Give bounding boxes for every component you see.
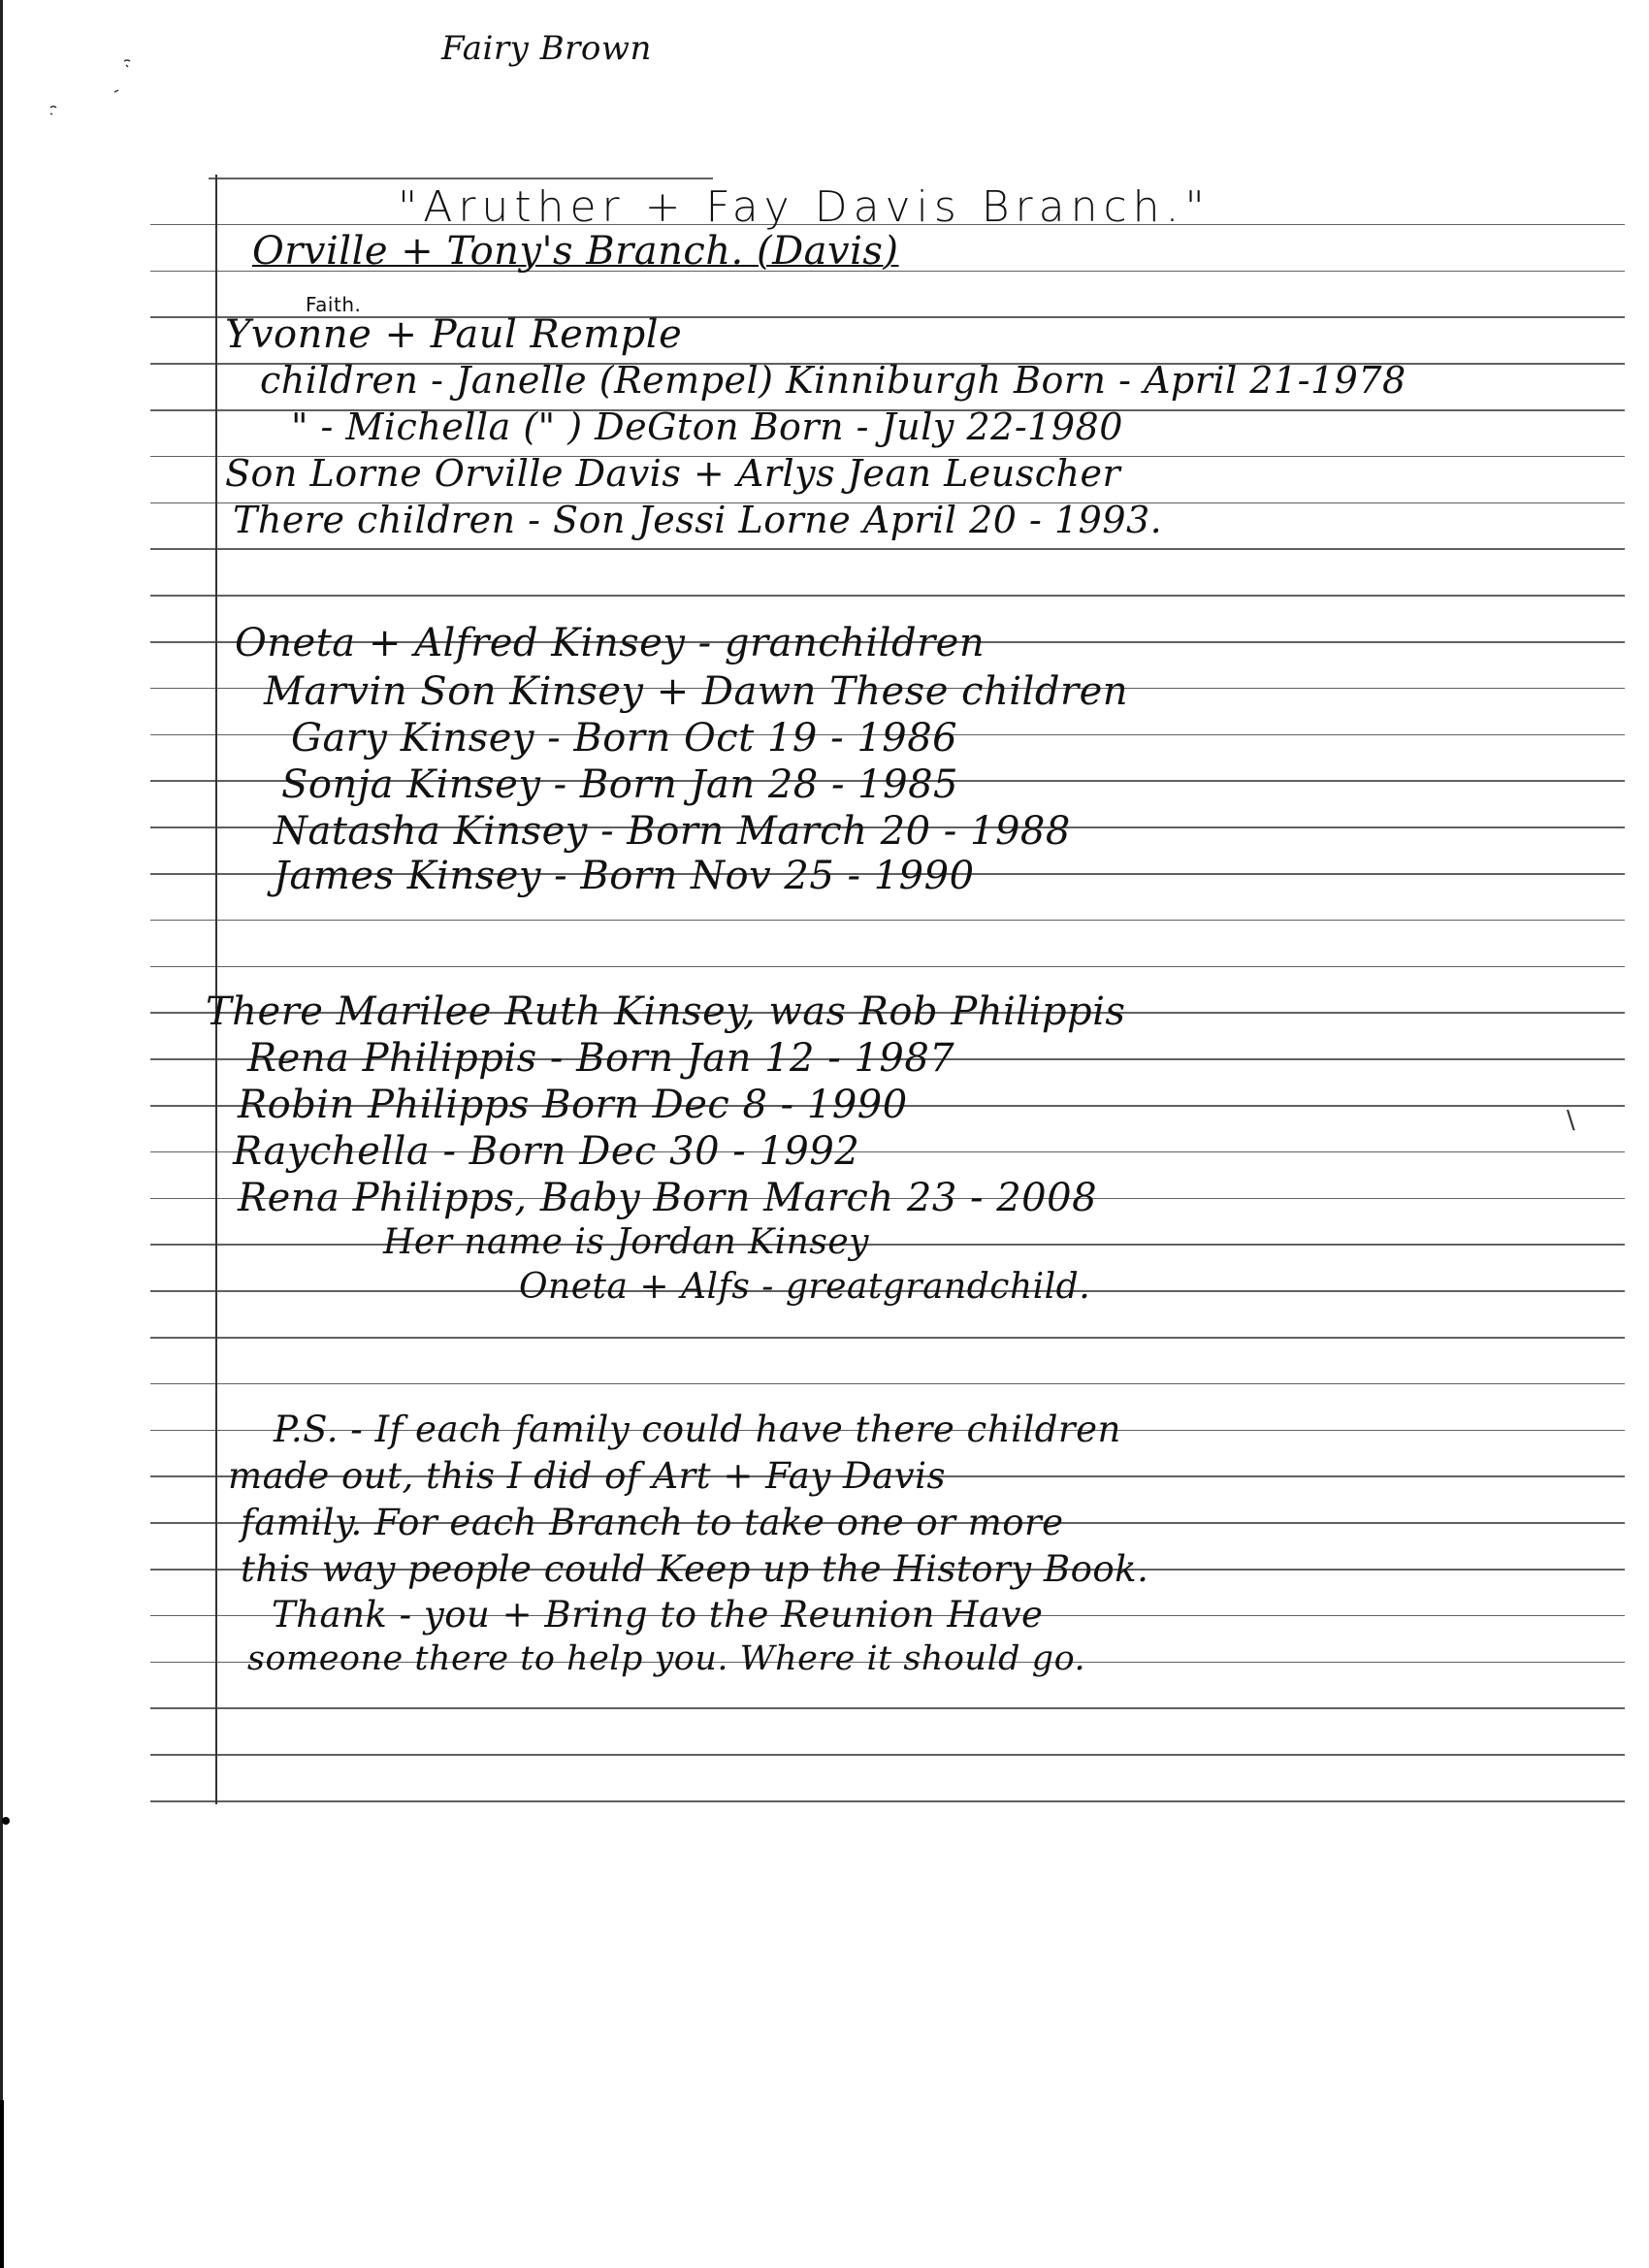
ruled-line	[150, 1707, 1625, 1709]
ruled-line	[209, 178, 713, 179]
ruled-line	[150, 1754, 1625, 1756]
section-heading: Orville + Tony's Branch. (Davis)	[252, 229, 899, 274]
postscript-line: made out, this I did of Art + Fay Davis	[228, 1455, 946, 1497]
ruled-line	[150, 1244, 1625, 1246]
scanned-handwritten-page: Fairy Brown "Aruther + Fay Davis Branch.…	[0, 0, 1649, 2268]
stray-mark: \	[1567, 1106, 1575, 1135]
binder-hole-mark	[2, 1817, 10, 1825]
postscript-line: someone there to help you. Where it shou…	[247, 1639, 1085, 1678]
text-line: There children - Son Jessi Lorne April 2…	[233, 499, 1162, 541]
text-line: Marvin Son Kinsey + Dawn These children	[264, 669, 1128, 714]
ruled-line	[150, 1337, 1625, 1339]
ruled-line	[150, 1800, 1625, 1802]
text-line: Gary Kinsey - Born Oct 19 - 1986	[291, 716, 957, 761]
scan-left-edge-shadow	[0, 2100, 4, 2268]
text-line: " - Michella (" ) DeGton Born - July 22-…	[291, 405, 1123, 448]
text-line: children - Janelle (Rempel) Kinniburgh B…	[260, 359, 1406, 402]
text-line: Oneta + Alfs - greatgrandchild.	[519, 1267, 1090, 1307]
text-line: Son Lorne Orville Davis + Arlys Jean Leu…	[225, 452, 1120, 495]
text-line: Rena Philippis - Born Jan 12 - 1987	[247, 1036, 954, 1081]
section-heading: There Marilee Ruth Kinsey, was Rob Phili…	[206, 989, 1125, 1034]
section-heading: Oneta + Alfred Kinsey - granchildren	[235, 621, 985, 665]
ruled-line	[150, 920, 1625, 922]
text-line: Robin Philipps Born Dec 8 - 1990	[238, 1083, 908, 1127]
page-title: "Aruther + Fay Davis Branch."	[398, 182, 1211, 232]
postscript-line: P.S. - If each family could have there c…	[274, 1409, 1121, 1450]
ruled-line	[150, 966, 1625, 968]
ruled-line	[150, 595, 1625, 597]
scan-left-edge	[0, 0, 3, 2268]
text-line: Yvonne + Paul Remple	[225, 312, 682, 357]
postscript-line: family. For each Branch to take one or m…	[241, 1502, 1064, 1543]
ruled-line	[150, 1383, 1625, 1385]
text-line: Sonja Kinsey - Born Jan 28 - 1985	[281, 762, 958, 807]
signature: Fairy Brown	[441, 29, 652, 68]
scan-specks	[48, 53, 136, 121]
postscript-line: Thank - you + Bring to the Reunion Have	[272, 1594, 1043, 1636]
text-line: Natasha Kinsey - Born March 20 - 1988	[274, 809, 1071, 854]
text-line: Raychella - Born Dec 30 - 1992	[233, 1129, 859, 1174]
text-line: Her name is Jordan Kinsey	[383, 1222, 869, 1262]
text-line: Rena Philipps, Baby Born March 23 - 2008	[238, 1176, 1097, 1220]
text-line: James Kinsey - Born Nov 25 - 1990	[274, 854, 975, 898]
postscript-line: this way people could Keep up the Histor…	[241, 1548, 1148, 1590]
ruled-line	[150, 548, 1625, 550]
